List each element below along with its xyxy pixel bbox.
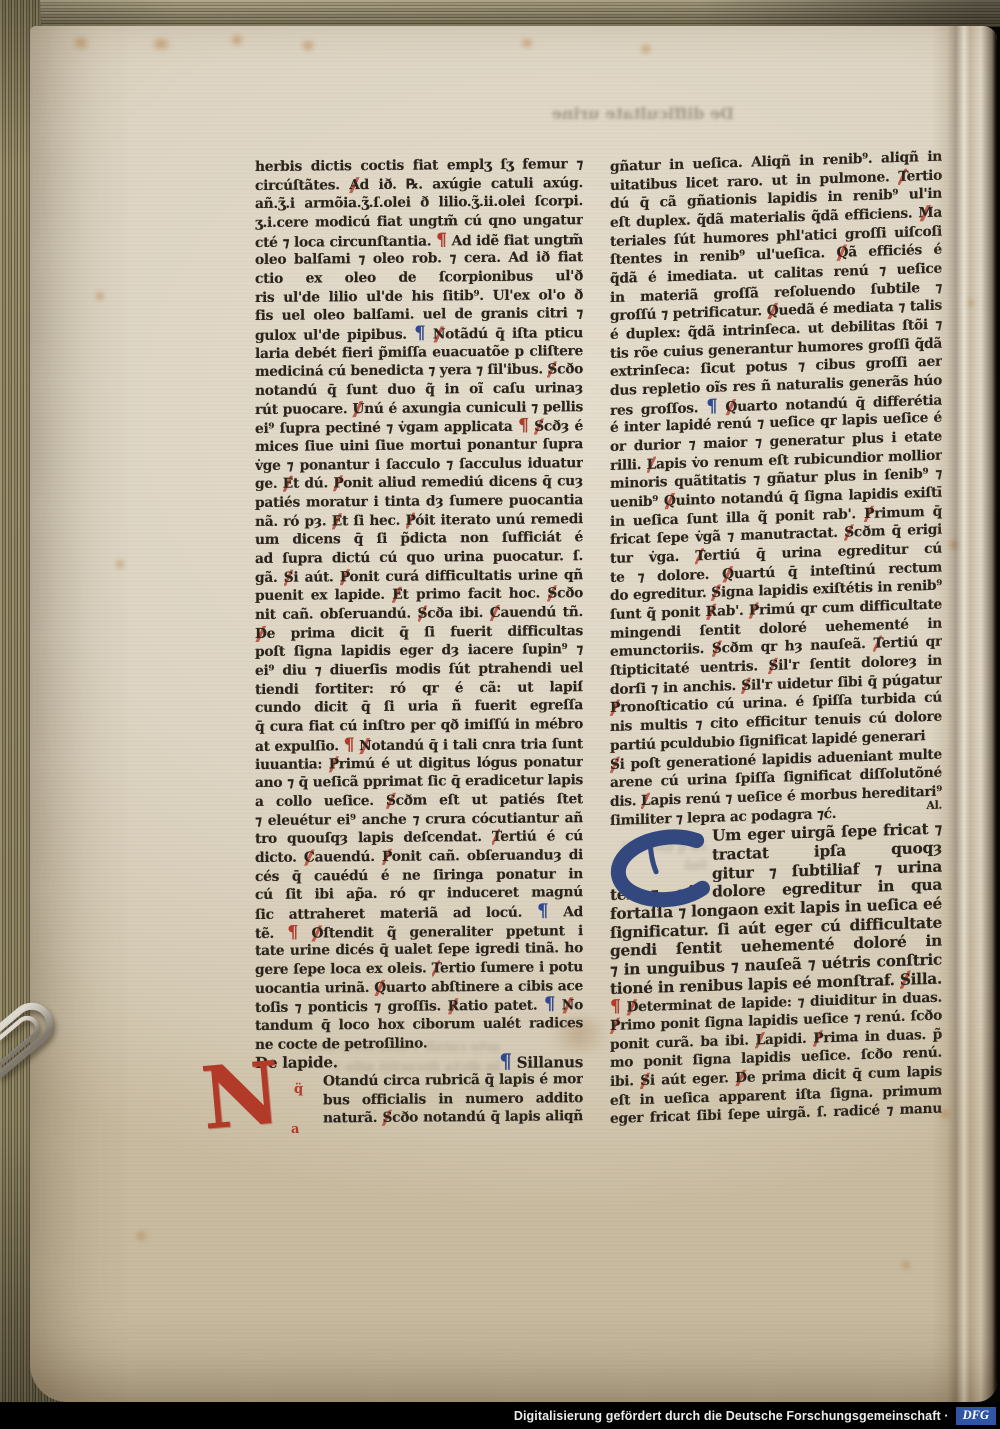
rubricated-capital: S [610, 756, 620, 772]
text-line: a collo ueſice. Scðm eſt ut patiés ſtet … [255, 790, 583, 812]
rubricated-capital: L [647, 456, 656, 472]
foxing-spot [148, 38, 174, 50]
rubricated-capital: D [626, 999, 638, 1015]
rubricated-capital: S [534, 419, 544, 435]
text-line: notandú q̄ ſunt duo q̃ in oĩ caſu urinaȝ… [255, 379, 583, 401]
foxing-spot [134, 1230, 148, 1242]
pilcrow-mark: ¶ [414, 323, 425, 343]
rubricated-capital: T [492, 829, 500, 845]
text-line: ſic attraheret materiã ad locú. ¶ Ad dif… [255, 902, 583, 924]
rubricated-capital: Q [374, 979, 386, 995]
book-top-edge [0, 0, 1000, 27]
rubricated-capital: S [382, 1110, 392, 1126]
rubricated-capital: R [448, 998, 459, 1014]
rubricated-capital: S [640, 1073, 650, 1089]
rubricated-capital: S [711, 585, 721, 601]
text-line: gere ſepe loca ex oleis. Tertio ſumere i… [255, 958, 583, 980]
rubricated-capital: P [340, 569, 350, 585]
foxing-spot [900, 1260, 912, 1270]
rubricated-capital: P [406, 512, 416, 528]
rubricated-capital: N [433, 326, 445, 342]
text-line: tandum q̄ loco hox ciborum ualét radices… [255, 1014, 583, 1036]
rubricated-capital: O [311, 925, 323, 941]
rubricated-capital: Q [767, 303, 779, 319]
rubricated-capital: S [547, 362, 557, 378]
verso-showthrough-header: De difficultate urine [492, 104, 734, 134]
rubricated-capital: P [813, 1030, 823, 1046]
rubricated-capital: A [349, 177, 359, 193]
text-column-right: gñatur in ueſica. Aliqñ in renib⁹. aliqñ… [610, 148, 942, 1129]
rubricated-capital: P [864, 505, 874, 521]
rubricated-capital: N [359, 738, 371, 754]
rubricated-capital: L [641, 793, 650, 809]
pilcrow-mark: ¶ [518, 417, 529, 437]
foxing-spot [70, 36, 92, 50]
rubricated-capital: C [490, 605, 501, 621]
rubricated-capital: P [382, 849, 392, 865]
foxing-spot [298, 40, 318, 51]
rubricated-capital: T [873, 636, 881, 652]
rubricated-capital: Q [722, 566, 734, 582]
text-column-left: herbis dictis coctis fiat emplʒ ſʒ femur… [255, 155, 583, 1129]
rubricated-capital: D [735, 1070, 747, 1086]
text-line: bus officialis in numero addito p̃ter [323, 1089, 583, 1110]
foxing-spot [966, 298, 976, 308]
rubricated-capital: P [333, 476, 343, 492]
paperclip [0, 992, 76, 1088]
rubricated-capital: S [418, 606, 428, 622]
rubricator-guide-mark: a [291, 1122, 299, 1137]
rubricated-capital: R [706, 604, 717, 620]
foxing-spot [948, 538, 960, 552]
rubricated-capital: S [547, 586, 557, 602]
rubricated-capital: E [283, 476, 293, 492]
rubricated-capital: S [284, 569, 294, 585]
foxing-spot [638, 44, 654, 54]
pilcrow-mark: ¶ [537, 902, 548, 921]
pilcrow-mark: ¶ [436, 230, 447, 250]
rubricated-capital: Q [664, 493, 676, 509]
foxing-spot [114, 558, 126, 570]
rubricated-capital: P [610, 1018, 620, 1034]
pilcrow-mark: ¶ [499, 1049, 511, 1073]
text-line: Otandú circa rubricã q̄ lapis é mor [323, 1070, 583, 1091]
rubricated-capital: S [768, 658, 778, 674]
rubricated-capital: Q [836, 245, 848, 261]
rubricated-capital: E [392, 587, 402, 603]
text-line: naturã. Scðo notandú q̄ lapis aliqñ [323, 1107, 583, 1128]
rubricated-capital: N [562, 997, 574, 1013]
rubricated-capital: U [352, 401, 364, 417]
dfg-logo: DFG [956, 1407, 996, 1425]
book-page: De difficultate urine arte catuli ⁊ fiſt… [30, 26, 997, 1402]
pilcrow-mark: ¶ [706, 395, 717, 416]
credit-bar: Digitalisierung gefördert durch die Deut… [0, 1403, 1000, 1429]
credit-text: Digitalisierung gefördert durch die Deut… [514, 1409, 949, 1423]
digitized-book-photo: De difficultate urine arte catuli ⁊ fiſt… [0, 0, 1000, 1429]
rubricated-capital: S [386, 793, 396, 809]
pilcrow-mark: ¶ [610, 997, 621, 1017]
text-line: ʒ.i.cere modicú fiat ungtm̃ cú qno ungat… [255, 211, 583, 233]
text-line: ctio ex oleo de ſcorpionibus ul'ð amigda… [255, 267, 583, 289]
rubricated-capital: Q [725, 399, 737, 415]
rubricator-guide-mark: q̈ [294, 1082, 303, 1097]
text-line: mices ſiue uini ſiue mortui ponantur ſup… [255, 435, 583, 457]
pilcrow-mark: ¶ [287, 922, 298, 942]
text-line: dicto. Cauendú. Ponit cañ. obſeruanduȝ d… [255, 846, 583, 868]
rubricated-capital: T [432, 960, 440, 976]
rubricated-capital: D [255, 626, 267, 642]
rubricated-capital: P [749, 602, 759, 618]
foxing-spot [518, 38, 536, 48]
rubricated-capital: E [332, 513, 342, 529]
text-line: patiés moratur i tinta dȝ ſumere puocant… [255, 491, 583, 513]
blue-initial-C [596, 828, 712, 914]
rubricated-capital: T [898, 168, 906, 184]
foxing-spot [94, 290, 106, 302]
pilcrow-mark: ¶ [344, 735, 355, 755]
text-line: at expulſio. ¶ Notandú q̄ i tali cnra tr… [255, 734, 583, 756]
rubricated-capital: M [918, 205, 933, 221]
rubricated-capital: T [695, 548, 703, 564]
rubricated-capital: S [844, 525, 854, 541]
foxing-spot [228, 34, 246, 46]
rubricated-capital: L [755, 1032, 764, 1048]
rubricated-capital: P [610, 700, 620, 716]
rubricated-capital: P [329, 756, 339, 772]
text-line: herbis dictis coctis fiat emplʒ ſʒ femur… [255, 155, 583, 177]
red-initial-N: N [199, 1052, 298, 1144]
text-line: gulox ul'de pipibus. ¶ Notãdú q̄ iſta pt… [255, 323, 583, 345]
rubricated-capital: C [304, 849, 315, 865]
pilcrow-mark: ¶ [544, 995, 555, 1014]
rubricated-capital: S [900, 970, 911, 988]
rubricated-capital: S [712, 641, 722, 657]
rubricated-capital: S [741, 677, 751, 693]
